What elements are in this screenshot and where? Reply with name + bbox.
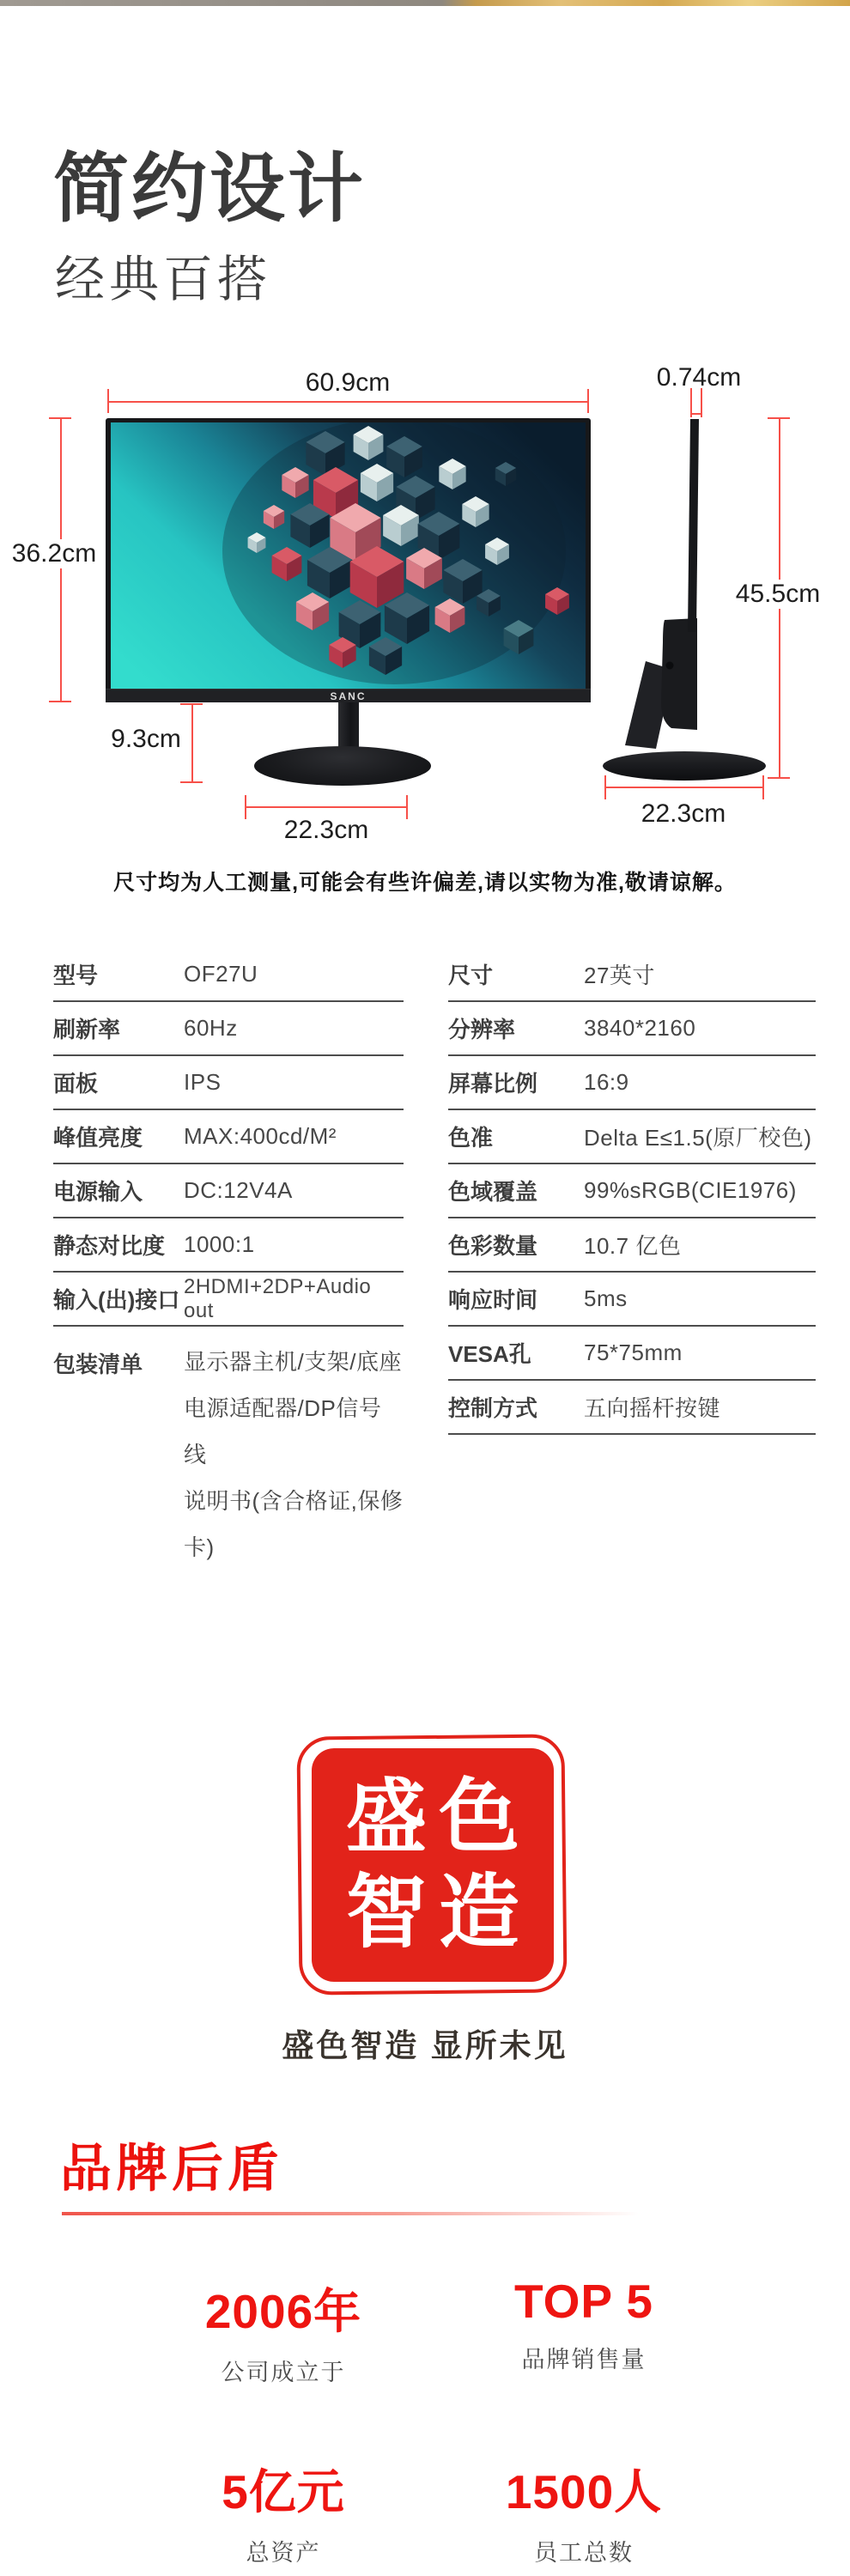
stat-cell-0: 2006年公司成立于 <box>133 2274 434 2387</box>
spec-row-right-6: 响应时间5ms <box>448 1273 816 1327</box>
monitor-front-view: SANC <box>106 418 591 702</box>
spec-label: 屏幕比例 <box>448 1066 584 1098</box>
spec-table-left-column: 型号OF27U刷新率60Hz面板IPS峰值亮度MAX:400cd/M²电源输入D… <box>53 948 404 1571</box>
stat-cell-3: 1500人员工总数 <box>434 2454 734 2567</box>
seal-text-line1: 盛色 <box>334 1770 531 1865</box>
spec-label: 尺寸 <box>448 958 584 990</box>
dim-front-base-label: 22.3cm <box>279 816 373 845</box>
brand-heading-underline <box>62 2212 663 2215</box>
spec-label: 静态对比度 <box>53 1229 184 1261</box>
stat-label: 公司成立于 <box>133 2354 434 2387</box>
monitor-stand-base <box>254 746 431 786</box>
spec-row-left-1: 刷新率60Hz <box>53 1002 404 1056</box>
page-subtitle: 经典百搭 <box>55 239 271 311</box>
dim-tick <box>49 701 71 702</box>
brand-logo-text: SANC <box>330 690 366 702</box>
spec-value: 99%sRGB(CIE1976) <box>584 1177 797 1204</box>
dim-front-width-label: 60.9cm <box>301 368 395 398</box>
dim-side-base-label: 22.3cm <box>636 799 731 829</box>
spec-label: 色彩数量 <box>448 1229 584 1261</box>
spec-label: 型号 <box>53 958 184 990</box>
top-decorative-strip <box>0 0 850 6</box>
screen-wallpaper-art <box>111 422 586 689</box>
spec-label: VESA孔 <box>448 1337 584 1369</box>
spec-row-left-3: 峰值亮度MAX:400cd/M² <box>53 1110 404 1164</box>
spec-label: 峰值亮度 <box>53 1121 184 1152</box>
dim-tick <box>768 417 790 419</box>
dim-tick <box>180 703 203 705</box>
spec-label: 电源输入 <box>53 1175 184 1206</box>
spec-row-right-5: 色彩数量10.7 亿色 <box>448 1218 816 1273</box>
spec-row-right-2: 屏幕比例16:9 <box>448 1056 816 1110</box>
monitor-stand-pole <box>338 702 359 752</box>
dim-side-base-line <box>604 787 764 788</box>
spec-label: 响应时间 <box>448 1283 584 1315</box>
spec-value: MAX:400cd/M² <box>184 1123 337 1150</box>
stat-value: 2006年 <box>133 2274 434 2342</box>
spec-label: 分辨率 <box>448 1012 584 1044</box>
dim-front-width-line <box>107 401 589 403</box>
spec-label: 包装清单 <box>53 1339 184 1379</box>
spec-value: 75*75mm <box>584 1340 683 1366</box>
dim-tick <box>245 795 246 819</box>
spec-label: 色域覆盖 <box>448 1175 584 1206</box>
spec-value: 10.7 亿色 <box>584 1229 681 1261</box>
monitor-screen <box>111 422 586 689</box>
stat-value: TOP 5 <box>434 2274 734 2329</box>
spec-value: 60Hz <box>184 1015 238 1042</box>
stat-cell-1: TOP 5品牌销售量 <box>434 2274 734 2387</box>
dim-front-base-line <box>245 806 408 808</box>
spec-value: IPS <box>184 1069 221 1096</box>
dim-side-thickness-label: 0.74cm <box>652 363 746 392</box>
spec-value: 2HDMI+2DP+Audio out <box>184 1275 404 1323</box>
brand-stats-grid: 2006年公司成立于TOP 5品牌销售量5亿元总资产1500人员工总数 <box>133 2274 734 2567</box>
spec-row-left-4: 电源输入DC:12V4A <box>53 1164 404 1218</box>
spec-value: DC:12V4A <box>184 1177 293 1204</box>
spec-value: OF27U <box>184 961 258 987</box>
stat-value: 1500人 <box>434 2454 734 2522</box>
stat-label: 员工总数 <box>434 2534 734 2567</box>
spec-value: 3840*2160 <box>584 1015 695 1042</box>
spec-label: 面板 <box>53 1066 184 1098</box>
seal-text-line2: 智造 <box>334 1865 531 1960</box>
spec-value: 5ms <box>584 1285 628 1312</box>
dim-front-height-label: 36.2cm <box>7 539 101 568</box>
spec-label: 输入(出)接口 <box>53 1283 184 1315</box>
dim-tick <box>762 775 764 799</box>
spec-row-left-7: 包装清单显示器主机/支架/底座电源适配器/DP信号线说明书(含合格证,保修卡) <box>53 1327 404 1571</box>
spec-value: 16:9 <box>584 1069 629 1096</box>
page-title: 简约设计 <box>53 129 366 237</box>
spec-row-right-0: 尺寸27英寸 <box>448 948 816 1002</box>
brand-seal-stamp: 盛色 智造 <box>312 1748 554 1982</box>
dim-stand-height-label: 9.3cm <box>106 725 186 754</box>
stat-label: 品牌销售量 <box>434 2341 734 2374</box>
dim-side-height-label: 45.5cm <box>731 580 825 609</box>
spec-value: 五向摇杆按键 <box>584 1391 720 1423</box>
spec-row-left-5: 静态对比度1000:1 <box>53 1218 404 1273</box>
spec-row-left-0: 型号OF27U <box>53 948 404 1002</box>
dim-stand-height-line <box>191 704 193 783</box>
dim-tick <box>107 389 109 413</box>
dim-tick <box>768 777 790 779</box>
dim-tick <box>49 417 71 419</box>
dim-side-thickness-line <box>690 413 702 415</box>
spec-row-right-3: 色准Delta E≤1.5(原厂校色) <box>448 1110 816 1164</box>
spec-row-right-8: 控制方式五向摇杆按键 <box>448 1381 816 1435</box>
spec-label: 控制方式 <box>448 1391 584 1423</box>
stat-label: 总资产 <box>133 2534 434 2567</box>
spec-value: 1000:1 <box>184 1231 255 1258</box>
spec-row-right-7: VESA孔75*75mm <box>448 1327 816 1381</box>
product-detail-page: 简约设计 经典百搭 60.9cm 36.2cm <box>0 0 850 2576</box>
brand-section-heading: 品牌后盾 <box>60 2128 283 2202</box>
dim-tick <box>604 775 606 799</box>
dim-tick <box>406 795 408 819</box>
spec-value: Delta E≤1.5(原厂校色) <box>584 1121 812 1152</box>
spec-value: 27英寸 <box>584 958 655 990</box>
spec-label: 刷新率 <box>53 1012 184 1044</box>
brand-tagline: 盛色智造 显所未见 <box>0 2020 850 2066</box>
stat-cell-2: 5亿元总资产 <box>133 2454 434 2567</box>
stat-value: 5亿元 <box>133 2454 434 2522</box>
dim-tick <box>180 781 203 783</box>
monitor-bottom-bezel: SANC <box>106 689 591 702</box>
spec-row-left-2: 面板IPS <box>53 1056 404 1110</box>
spec-row-left-6: 输入(出)接口2HDMI+2DP+Audio out <box>53 1273 404 1327</box>
spec-row-right-4: 色域覆盖99%sRGB(CIE1976) <box>448 1164 816 1218</box>
spec-row-right-1: 分辨率3840*2160 <box>448 1002 816 1056</box>
spec-value: 显示器主机/支架/底座电源适配器/DP信号线说明书(含合格证,保修卡) <box>184 1339 404 1571</box>
spec-table-right-column: 尺寸27英寸分辨率3840*2160屏幕比例16:9色准Delta E≤1.5(… <box>448 948 816 1435</box>
measurement-disclaimer: 尺寸均为人工测量,可能会有些许偏差,请以实物为准,敬请谅解。 <box>0 866 850 896</box>
dim-tick <box>587 389 589 413</box>
spec-label: 色准 <box>448 1121 584 1152</box>
